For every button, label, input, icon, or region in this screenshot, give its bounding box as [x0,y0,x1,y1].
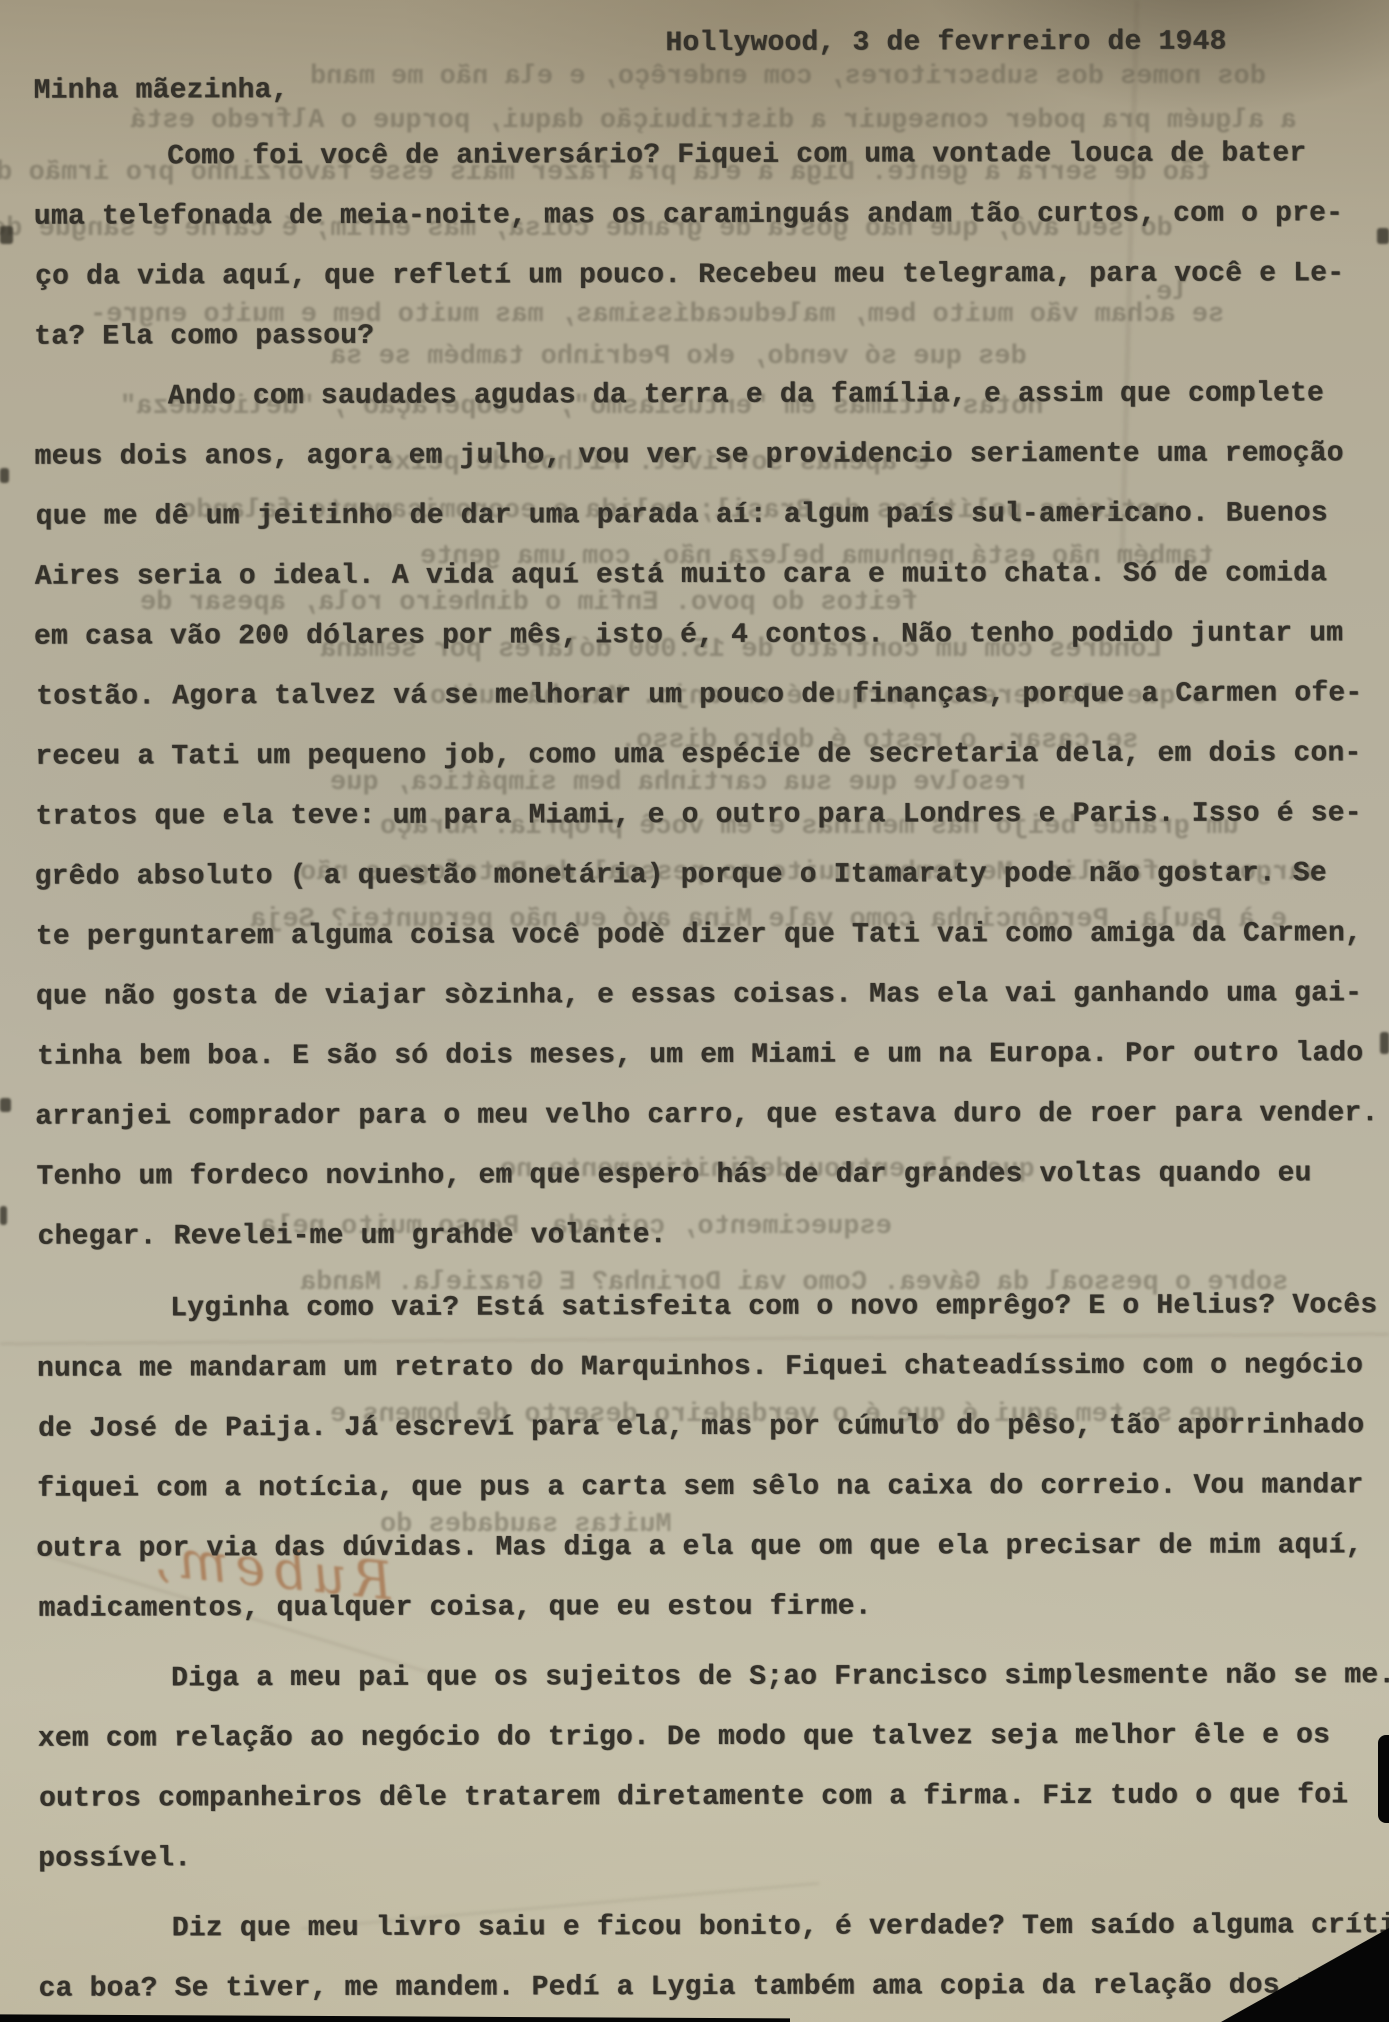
letter-body: Como foi você de aniversário? Fiquei com… [34,124,1376,2019]
letter-line: de José de Paija. Já escreví para ela, m… [38,1396,1375,1460]
letter-line: arranjei comprador para o meu velho carr… [35,1084,1372,1148]
letter-line: te perguntarem alguma coisa você podè di… [36,904,1373,968]
letter-line: meus dois anos, agora em julho, vou ver … [34,424,1371,488]
letter-line: tostão. Agora talvez vá se melhorar um p… [36,664,1373,728]
letter-line: fiquei com a notícia, que pus a carta se… [37,1456,1374,1520]
letter-line: ço da vida aquí, que refletí um pouco. R… [35,244,1372,308]
letter-line: Ando com saudades agudas da terra e da f… [33,364,1370,428]
letter-line: xem com relação ao negócio do trigo. De … [38,1706,1375,1770]
letter-line: Diz que meu livro saiu e ficou bonito, é… [37,1896,1374,1960]
letter-line: Como foi você de aniversário? Fiquei com… [33,124,1370,188]
letter-paragraph: Ando com saudades agudas da terra e da f… [34,364,1373,1267]
letter-paragraph: Lyginha como vai? Está satisfeita com o … [37,1276,1375,1639]
letter-line: ca boa? Se tiver, me mandem. Pedí a Lygi… [38,1956,1375,2020]
letter-line: uma telefonada de meia-noite, mas os car… [34,184,1371,248]
letter-page: dos nomes dos subscritores, com enderêço… [0,0,1389,2022]
letter-line: possível. [38,1826,1375,1890]
scan-edge-nick [1378,1735,1389,1823]
letter-line: chegar. Revelei-me um grahde volante. [38,1204,1375,1268]
letter-line: tinha bem boa. E são só dois meses, um e… [37,1024,1374,1088]
letter-line: ta? Ela como passou? [34,304,1371,368]
letter-line: Tenho um fordeco novinho, em que espero … [36,1144,1373,1208]
letter-text-layer: Hollywood, 3 de fevrreiro de 1948 Minha … [0,0,1389,2022]
letter-date: Hollywood, 3 de fevrreiro de 1948 [665,13,1226,74]
letter-line: Diga a meu pai que os sujeitos de S;ao F… [37,1646,1374,1710]
letter-paragraph: Como foi você de aniversário? Fiquei com… [34,124,1372,367]
letter-line: que não gosta de viajar sòzinha, e essas… [36,964,1373,1028]
letter-line: Aires seria o ideal. A vida aquí está mu… [35,544,1372,608]
letter-line: em casa vão 200 dólares por mês, isto é,… [34,604,1371,668]
letter-line: outra por via das dúvidas. Mas diga a el… [36,1516,1373,1580]
letter-line: outros companheiros dêle tratarem direta… [39,1766,1376,1830]
letter-paragraph: Diz que meu livro saiu e ficou bonito, é… [38,1896,1375,2019]
letter-line: nunca me mandaram um retrato do Marquinh… [37,1336,1374,1400]
letter-line: que me dê um jeitinho de dar uma parada … [36,484,1373,548]
letter-line: grêdo absoluto ( a questão monetária) po… [35,844,1372,908]
letter-salutation: Minha mãezinha, [34,61,289,122]
letter-line: Lyginha como vai? Está satisfeita com o … [36,1276,1373,1340]
letter-line: receu a Tati um pequeno job, como uma es… [35,724,1372,788]
letter-line: madicamentos, qualquer coisa, que eu est… [38,1576,1375,1640]
letter-line: tratos que ela teve: um para Miami, e o … [35,784,1372,848]
letter-paragraph: Diga a meu pai que os sujeitos de S;ao F… [38,1646,1376,1889]
